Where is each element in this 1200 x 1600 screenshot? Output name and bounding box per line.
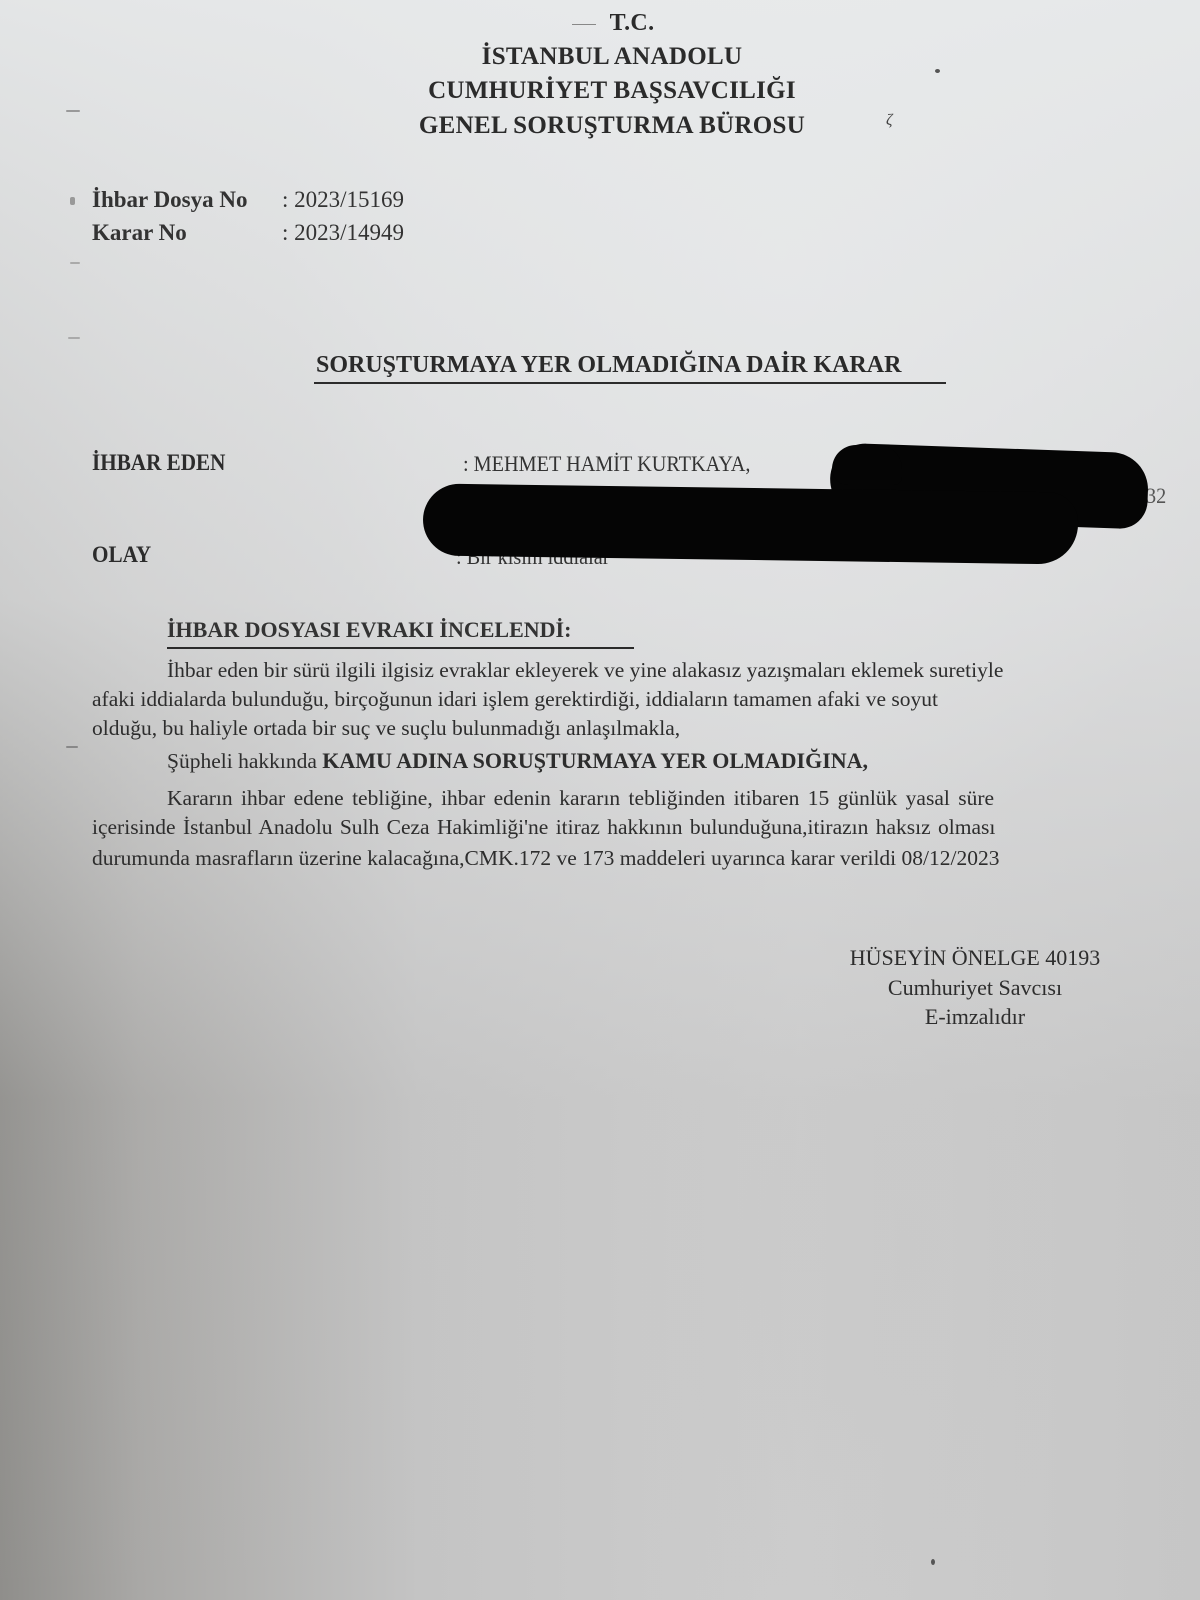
ihbar-eden-value: : MEHMET HAMİT KURTKAYA, xyxy=(463,451,750,477)
redaction-mark-lower xyxy=(423,483,1079,564)
decision-prefix: Şüpheli hakkında xyxy=(167,749,322,773)
paper-speck xyxy=(66,110,80,112)
finding-line-2: afaki iddialarda bulunduğu, birçoğunun i… xyxy=(92,687,938,712)
karar-no-label: Karar No xyxy=(92,220,187,246)
finding-line-1: İhbar eden bir sürü ilgili ilgisiz evrak… xyxy=(167,658,1003,683)
section-underline xyxy=(167,647,634,649)
olay-label: OLAY xyxy=(92,542,151,568)
title-underline xyxy=(314,382,946,384)
paper-speck xyxy=(935,69,940,73)
ihbar-eden-label: İHBAR EDEN xyxy=(92,450,225,476)
e-signature-note: E-imzalıdır xyxy=(810,1004,1140,1030)
pen-mark: ζ xyxy=(886,112,892,130)
signatory-role: Cumhuriyet Savcısı xyxy=(810,975,1140,1001)
notice-line-2: içerisinde İstanbul Anadolu Sulh Ceza Ha… xyxy=(92,815,995,840)
header-tc: T.C. xyxy=(32,10,1200,37)
karar-no-value: : 2023/14949 xyxy=(282,220,404,246)
ihbar-dosya-value: : 2023/15169 xyxy=(282,187,404,213)
paper-speck xyxy=(70,262,80,264)
document-title: SORUŞTURMAYA YER OLMADIĞINA DAİR KARAR xyxy=(316,352,901,379)
notice-line-3: durumunda masrafların üzerine kalacağına… xyxy=(92,846,999,871)
header-institution-line-2: CUMHURİYET BAŞSAVCILIĞI xyxy=(12,77,1200,105)
ihbar-dosya-label: İhbar Dosya No xyxy=(92,187,248,213)
header-bureau: GENEL SORUŞTURMA BÜROSU xyxy=(12,112,1200,140)
signatory-name: HÜSEYİN ÖNELGE 40193 xyxy=(810,945,1140,971)
header-institution-line-1: İSTANBUL ANADOLU xyxy=(12,43,1200,71)
section-title: İHBAR DOSYASI EVRAKI İNCELENDİ: xyxy=(167,617,571,643)
header-dash-mark xyxy=(572,24,596,25)
finding-line-3: olduğu, bu haliyle ortada bir suç ve suç… xyxy=(92,716,680,741)
decision-statement: KAMU ADINA SORUŞTURMAYA YER OLMADIĞINA, xyxy=(322,748,868,773)
notice-line-1: Kararın ihbar edene tebliğine, ihbar ede… xyxy=(167,786,994,811)
decision-line: Şüpheli hakkında KAMU ADINA SORUŞTURMAYA… xyxy=(167,748,868,774)
paper-speck xyxy=(931,1559,935,1565)
paper-speck xyxy=(70,197,75,205)
redaction-mark-upper-left-lobe xyxy=(832,445,902,485)
paper-speck xyxy=(68,337,80,339)
ihbar-eden-fragment-end: 32 xyxy=(1146,483,1166,509)
paper-speck xyxy=(66,746,78,748)
